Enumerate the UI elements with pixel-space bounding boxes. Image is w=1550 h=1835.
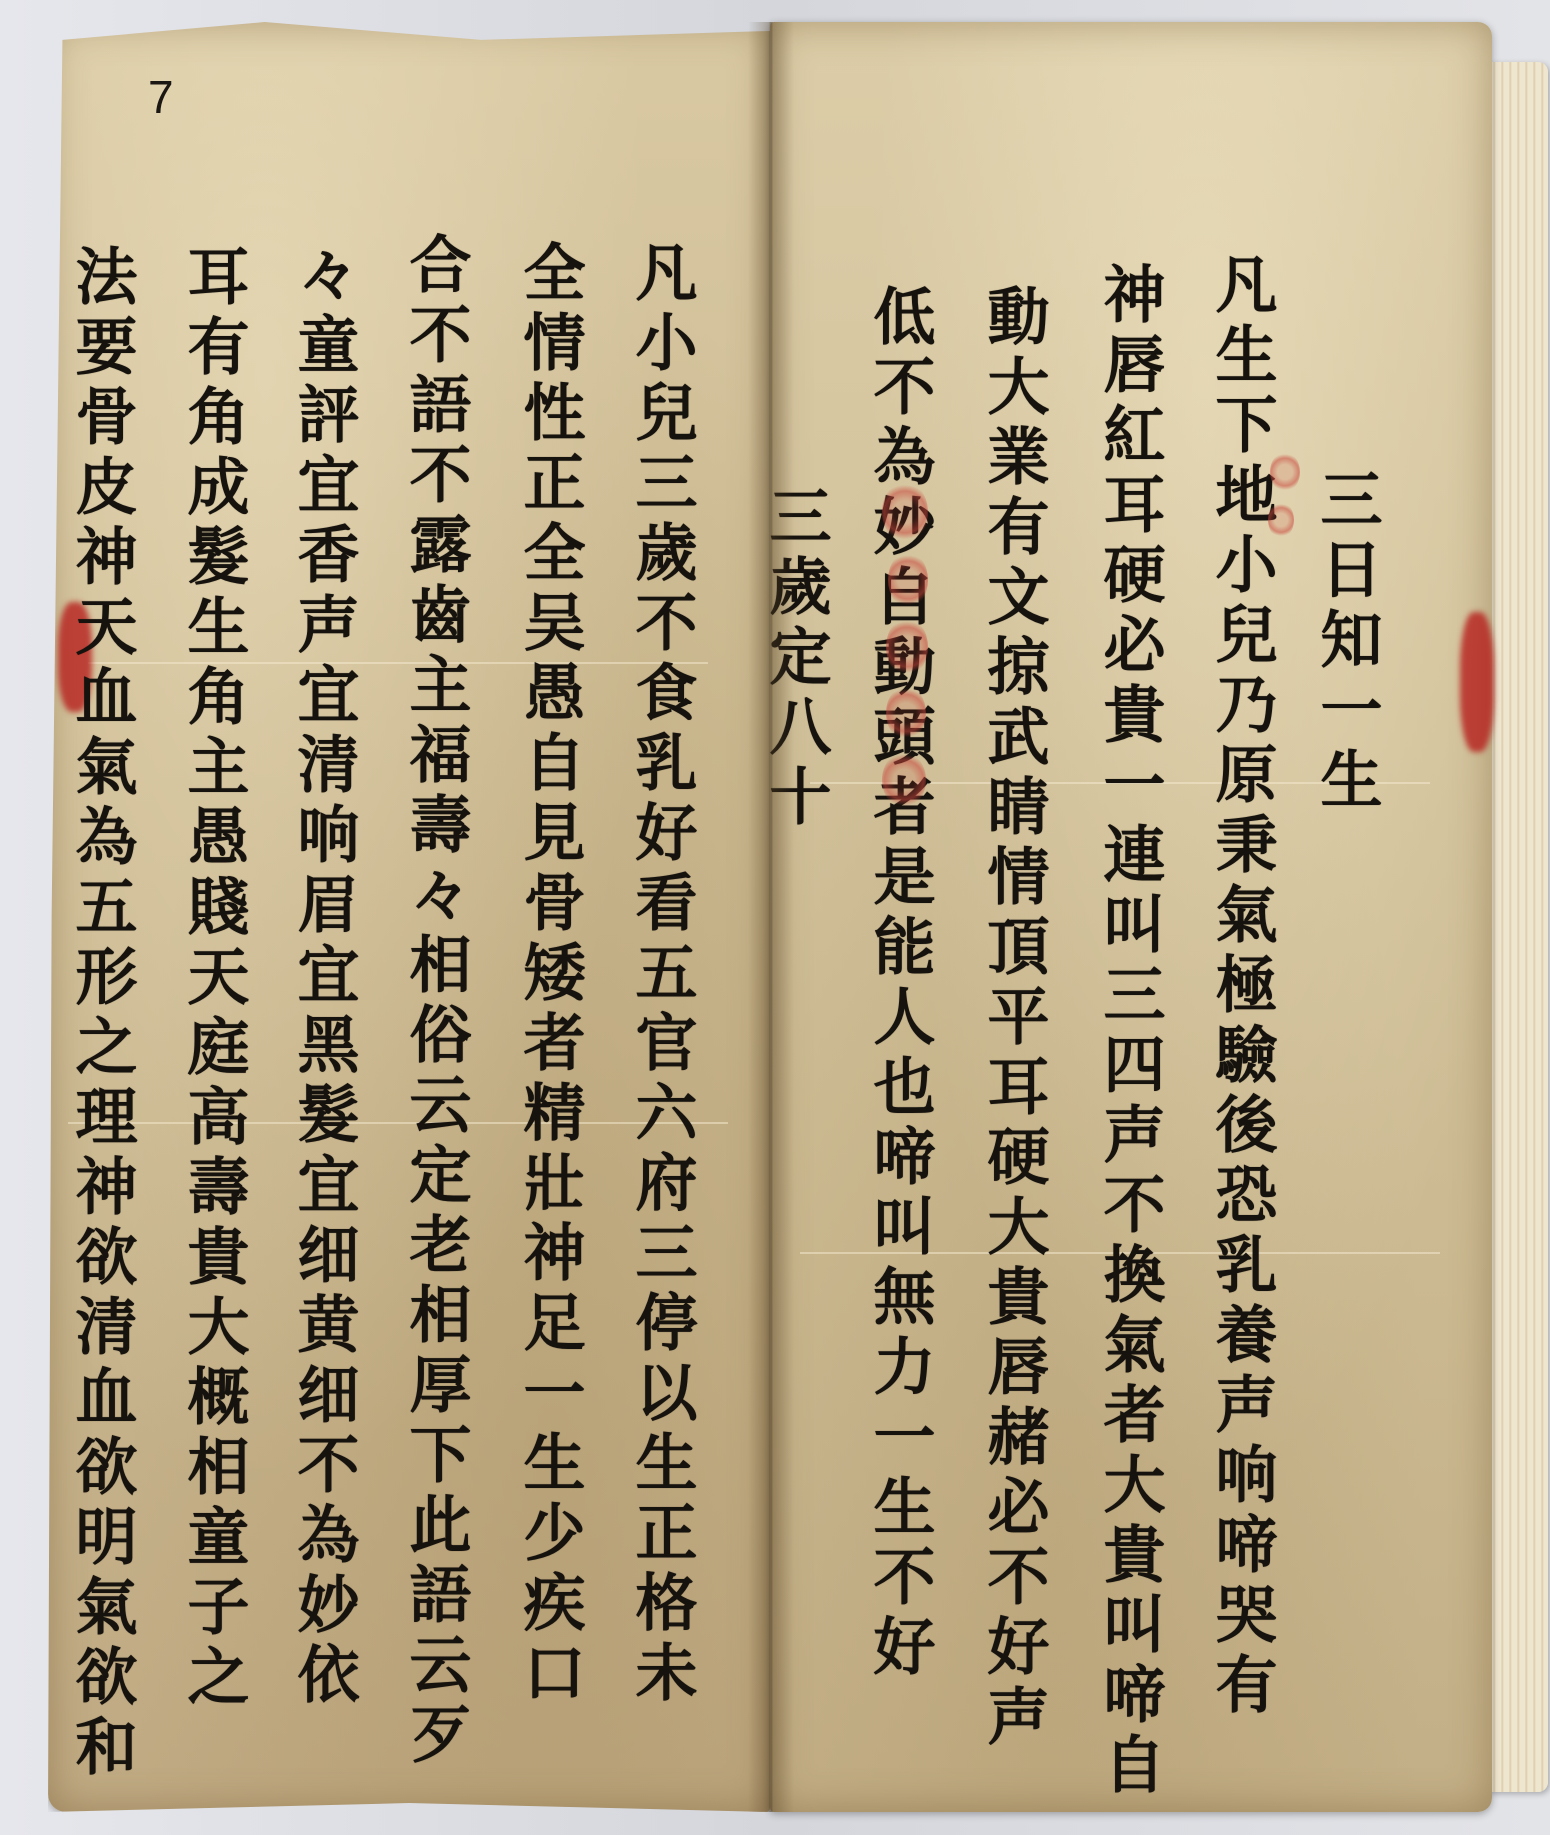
red-stain — [1460, 612, 1494, 752]
left-column-3: 合不語不露齒主福壽々相俗云定老相厚下此語云歹 — [404, 232, 466, 1772]
left-column-1: 凡小兒三歲不食乳好看五官六府三停以生正格未 — [630, 240, 692, 1710]
right-column-2: 神唇紅耳硬必貴一連叫三四声不換氣者大貴叫啼自 — [1098, 262, 1160, 1802]
right-heading: 三日知一生 — [1315, 467, 1377, 817]
red-seal-mark — [1268, 502, 1294, 538]
open-book: 7 凡小兒三歲不食乳好看五官六府三停以生正格未 全情性正全吴愚自見骨矮者精壯神足… — [48, 22, 1516, 1822]
left-column-6: 法要骨皮神天血氣為五形之理神欲清血欲明氣欲和 — [70, 244, 132, 1784]
red-seal-mark — [882, 482, 928, 542]
red-seal-mark — [1270, 452, 1300, 492]
right-column-3: 動大業有文掠武睛情頂平耳硬大貴唇赭必不好声 — [982, 284, 1044, 1754]
left-column-2: 全情性正全吴愚自見骨矮者精壯神足一生少疾口 — [518, 240, 580, 1710]
left-column-4: 々童評宜香声宜清响眉宜黑髮宜细黄细不為妙依 — [292, 242, 354, 1712]
right-page: 三日知一生 凡生下地小兒乃原秉氣極驗後恐乳養声响啼哭有 神唇紅耳硬必貴一連叫三四… — [770, 22, 1492, 1812]
red-seal-mark — [882, 752, 926, 808]
page-number: 7 — [148, 70, 174, 124]
right-column-1: 凡生下地小兒乃原秉氣極驗後恐乳養声响啼哭有 — [1210, 252, 1272, 1722]
red-seal-mark — [886, 618, 928, 676]
page-edges — [1488, 62, 1548, 1792]
red-seal-mark — [888, 552, 928, 608]
left-column-5: 耳有角成髮生角主愚賤天庭高壽貴大概相童子之 — [182, 244, 244, 1714]
red-seal-mark — [886, 686, 926, 740]
book-spine — [748, 22, 794, 1812]
left-page: 7 凡小兒三歲不食乳好看五官六府三停以生正格未 全情性正全吴愚自見骨矮者精壯神足… — [48, 22, 770, 1812]
